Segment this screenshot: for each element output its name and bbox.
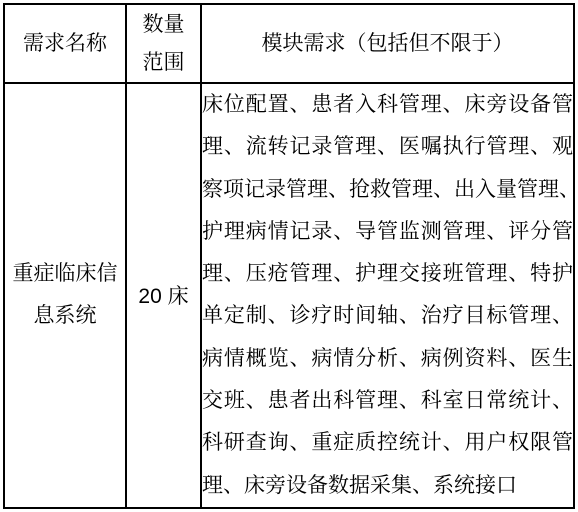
header-demand-name-label: 需求名称 <box>5 25 125 63</box>
demand-name-line-2: 息系统 <box>5 295 125 337</box>
header-modules-label: 模块需求（包括但不限于） <box>202 25 573 63</box>
header-modules: 模块需求（包括但不限于） <box>201 4 574 83</box>
header-quantity-line2: 范围 <box>127 44 200 82</box>
module-line-4: 护理病情记录、导管监测管理、评分管 <box>202 211 573 253</box>
demand-name-line-1: 重症临床信 <box>5 253 125 295</box>
cell-quantity: 20 床 <box>126 83 201 508</box>
module-line-2: 理、流转记录管理、医嘱执行管理、观 <box>202 126 573 168</box>
module-line-10: 理、床旁设备数据采集、系统接口 <box>202 465 573 507</box>
module-line-8: 交班、患者出科管理、科室日常统计、 <box>202 380 573 422</box>
cell-demand-name: 重症临床信 息系统 <box>4 83 126 508</box>
document-page: 需求名称 数量 范围 模块需求（包括但不限于） 重症临床信 息系统 20 床 床… <box>0 0 578 512</box>
module-line-5: 理、压疮管理、护理交接班管理、特护 <box>202 253 573 295</box>
table-row: 重症临床信 息系统 20 床 床位配置、患者入科管理、床旁设备管 理、流转记录管… <box>4 83 574 508</box>
module-line-9: 科研查询、重症质控统计、用户权限管 <box>202 422 573 464</box>
header-quantity-range: 数量 范围 <box>126 4 201 83</box>
header-demand-name: 需求名称 <box>4 4 126 83</box>
requirements-table: 需求名称 数量 范围 模块需求（包括但不限于） 重症临床信 息系统 20 床 床… <box>3 3 575 509</box>
module-line-6: 单定制、诊疗时间轴、治疗目标管理、 <box>202 295 573 337</box>
header-quantity-line1: 数量 <box>127 6 200 44</box>
module-line-7: 病情概览、病情分析、病例资料、医生 <box>202 338 573 380</box>
cell-modules: 床位配置、患者入科管理、床旁设备管 理、流转记录管理、医嘱执行管理、观 察项记录… <box>201 83 574 508</box>
module-line-3: 察项记录管理、抢救管理、出入量管理、 <box>202 169 573 211</box>
table-header-row: 需求名称 数量 范围 模块需求（包括但不限于） <box>4 4 574 83</box>
module-line-1: 床位配置、患者入科管理、床旁设备管 <box>202 84 573 126</box>
